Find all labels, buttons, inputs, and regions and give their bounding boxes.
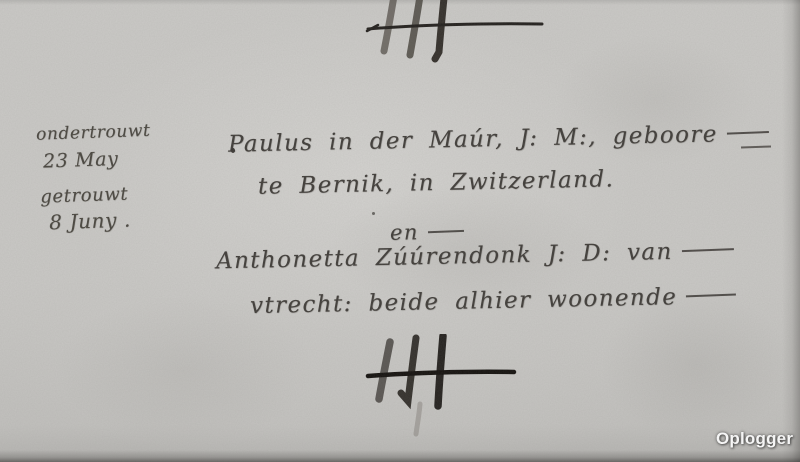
flourish-line xyxy=(428,230,464,233)
flourish-line xyxy=(686,294,736,298)
margin-note-line: 23 May xyxy=(43,148,119,173)
margin-note: ondertrouwt 23 May getrouwt 8 Juny . xyxy=(34,119,198,255)
ink-speck xyxy=(231,148,235,153)
record-line-residence: vtrecht: beide alhier woonende xyxy=(250,283,737,319)
scanned-record-page: ondertrouwt 23 May getrouwt 8 Juny . Pau… xyxy=(0,0,800,462)
record-line-groom-text: Paulus in der Maúr, J: M:, geboore xyxy=(228,121,718,157)
record-conjunction-text: en xyxy=(390,220,419,245)
page-edge-right xyxy=(782,0,800,462)
flourish-line xyxy=(727,131,769,135)
margin-note-line: 8 Juny . xyxy=(49,208,131,235)
page-edge-top xyxy=(0,0,800,5)
record-line-bride: Anthonetta Zúúrendonk J: D: van xyxy=(216,238,734,275)
tally-mark-top-icon xyxy=(356,0,548,64)
record-line-birthplace-text: te Bernik, in Zwitzerland. xyxy=(258,166,615,199)
margin-note-line: getrouwt xyxy=(40,184,129,208)
tally-mark-bottom-icon xyxy=(358,334,533,438)
paper-stain xyxy=(600,290,790,440)
flourish-line xyxy=(741,145,771,148)
watermark-label: Oplogger xyxy=(716,429,793,449)
record-line-birthplace: te Bernik, in Zwitzerland. xyxy=(258,166,615,199)
record-line-bride-text: Anthonetta Zúúrendonk J: D: van xyxy=(216,239,673,275)
record-line-residence-text: vtrecht: beide alhier woonende xyxy=(250,284,678,319)
record-conjunction: en xyxy=(390,219,464,245)
book-binding-gutter xyxy=(0,0,34,462)
margin-note-line: ondertrouwt xyxy=(36,121,151,145)
record-line-groom: Paulus in der Maúr, J: M:, geboore xyxy=(228,120,769,157)
flourish-line xyxy=(682,248,734,252)
page-edge-bottom xyxy=(0,450,800,462)
ink-speck xyxy=(372,212,375,215)
